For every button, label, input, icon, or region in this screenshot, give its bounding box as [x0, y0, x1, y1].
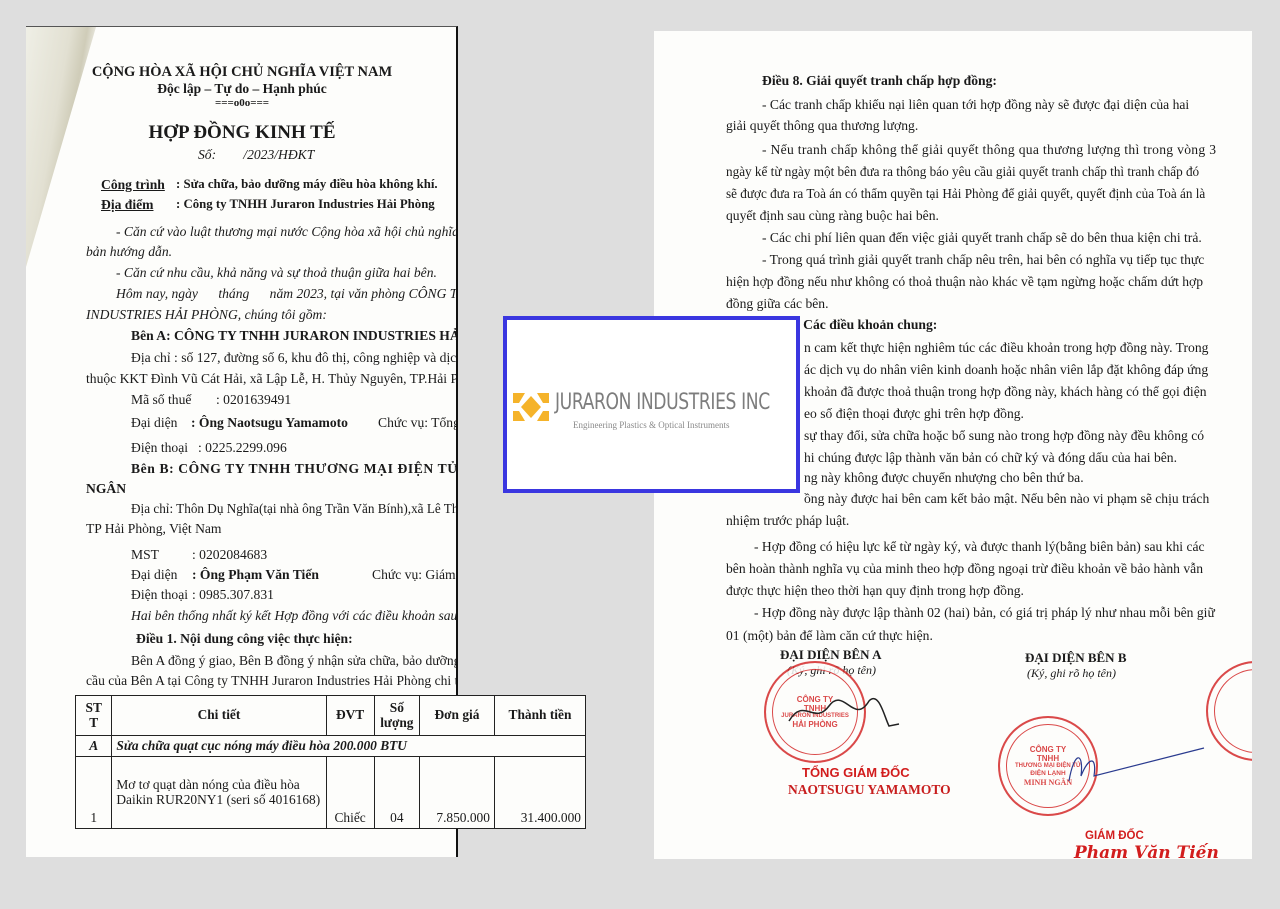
juraron-logo-icon [511, 387, 551, 427]
party-b-heading: Bên B: CÔNG TY TNHH THƯƠNG MẠI ĐIỆN TỬ Đ… [131, 462, 458, 476]
party-a-rep-value: : Ông Naotsugu Yamamoto [191, 416, 348, 430]
party-b-address-cont: TP Hải Phòng, Việt Nam [86, 522, 222, 536]
party-b-tax-value: : 0202084683 [192, 548, 267, 562]
party-b-phone-label: Điện thoại [131, 588, 188, 602]
stamp-fragment-right [1206, 661, 1252, 761]
a9-line-4: eo số điện thoại được ghi trên hợp đồng. [804, 407, 1024, 421]
a8-p1-cont: giải quyết thông qua thương lượng. [726, 119, 918, 133]
row-stt: 1 [76, 757, 112, 829]
party-a-address: Địa chỉ : số 127, đường số 6, khu đô thị… [131, 351, 458, 365]
sign-a-title: TỔNG GIÁM ĐỐC [802, 766, 910, 779]
signature-b-icon [1059, 746, 1209, 796]
logo-tagline: Engineering Plastics & Optical Instrumen… [573, 420, 729, 430]
sign-a-name: NAOTSUGU YAMAMOTO [788, 783, 951, 797]
a8-p3: - Các chi phí liên quan đến việc giải qu… [762, 231, 1202, 245]
sign-b-title: GIÁM ĐỐC [1085, 831, 1144, 843]
party-b-rep-value: : Ông Phạm Văn Tiến [192, 568, 319, 582]
row-detail: Mơ tơ quạt dàn nóng của điều hòa Daikin … [112, 757, 326, 829]
party-a-heading: Bên A: CÔNG TY TNHH JURARON INDUSTRIES H… [131, 329, 458, 343]
a9-p3-l2: 01 (một) bản để làm căn cứ thực hiện. [726, 629, 933, 643]
party-b-heading-cont: NGÂN [86, 482, 126, 496]
a9-line-6: hi chúng được lập thành văn bản có chữ k… [804, 451, 1177, 465]
a9-p2-l2: bên hoàn thành nghĩa vụ của minh theo hợ… [726, 562, 1203, 576]
agreement-statement: Hai bên thống nhất ký kết Hợp đồng với c… [131, 609, 458, 623]
a9-p2: - Hợp đồng có hiệu lực kể từ ngày ký, và… [754, 540, 1205, 554]
signature-a-icon [784, 686, 904, 736]
party-a-phone-label: Điện thoại [131, 441, 188, 455]
col-unit: ĐVT [326, 696, 374, 736]
a8-p4-l3: đồng giữa các bên. [726, 297, 828, 311]
col-price: Đơn giá [420, 696, 495, 736]
col-total: Thành tiền [494, 696, 585, 736]
a8-p4: - Trong quá trình giải quyết tranh chấp … [762, 253, 1204, 267]
basis-2: - Căn cứ nhu cầu, khả năng và sự thoả th… [116, 266, 437, 280]
national-title: CỘNG HÒA XÃ HỘI CHỦ NGHĨA VIỆT NAM [26, 65, 458, 80]
row-unit: Chiếc [326, 757, 374, 829]
party-a-address-cont: thuộc KKT Đình Vũ Cát Hải, xã Lập Lễ, H.… [86, 372, 458, 386]
a9-line-9: nhiệm trước pháp luật. [726, 514, 849, 528]
contract-title: HỢP ĐỒNG KINH TẾ [26, 123, 458, 142]
article-1-title: Điều 1. Nội dung công việc thực hiện: [136, 632, 353, 646]
party-b-rep-label: Đại diện [131, 568, 177, 582]
col-qty: Số lượng [374, 696, 419, 736]
project-value: : Sửa chữa, bảo dưỡng máy điều hòa không… [176, 178, 438, 191]
logo-company-name: JURARON INDUSTRIES INC [555, 390, 770, 415]
a9-p3: - Hợp đồng này được lập thành 02 (hai) b… [754, 606, 1215, 620]
a8-p2-l2: ngày kể từ ngày một bên đưa ra thông báo… [726, 165, 1199, 178]
party-b-position: Chức vụ: Giám Đốc [372, 568, 458, 582]
a9-line-3: khoản đã được thoả thuận trong hợp đồng … [804, 385, 1207, 399]
a8-p2-l3: sẽ được đưa ra Toà án có thẩm quyền tại … [726, 187, 1205, 200]
table-row: 1 Mơ tơ quạt dàn nóng của điều hòa Daiki… [76, 757, 586, 829]
basis-1-cont: bản hướng dẫn. [86, 245, 172, 259]
table-header-row: ST T Chi tiết ĐVT Số lượng Đơn giá Thành… [76, 696, 586, 736]
location-label: Địa điểm [101, 198, 153, 212]
party-b-phone-value: : 0985.307.831 [192, 588, 274, 602]
a8-p1: - Các tranh chấp khiếu nại liên quan tới… [762, 98, 1189, 112]
party-b-address: Địa chỉ: Thôn Dụ Nghĩa(tại nhà ông Trần … [131, 502, 458, 515]
sign-b-name: Phạm Văn Tiến [1074, 845, 1219, 859]
project-label: Công trình [101, 178, 165, 192]
a9-line-2: ác dịch vụ do nhân viên kinh doanh hoặc … [804, 363, 1208, 377]
today-statement-cont: INDUSTRIES HẢI PHÒNG, chúng tôi gồm: [86, 308, 327, 322]
location-value: : Công ty TNHH Juraron Industries Hải Ph… [176, 198, 435, 211]
a9-line-1: n cam kết thực hiện nghiêm túc các điều … [804, 341, 1208, 355]
a8-p2: - Nếu tranh chấp không thể giải quyết th… [762, 143, 1216, 157]
a9-p2-l3: được thực hiện theo thời hạn quy định tr… [726, 584, 1024, 598]
table-section-row: A Sửa chữa quạt cục nóng máy điều hòa 20… [76, 736, 586, 757]
a9-line-5: sự thay đổi, sửa chữa hoặc bổ sung nào t… [804, 429, 1204, 443]
party-b-tax-label: MST [131, 548, 159, 562]
a8-p2-l4: quyết định sau cùng ràng buộc hai bên. [726, 209, 939, 223]
col-stt: ST T [76, 696, 112, 736]
work-items-table: ST T Chi tiết ĐVT Số lượng Đơn giá Thành… [75, 695, 586, 829]
page-fold-shadow [26, 27, 96, 267]
a8-p4-l2: hiện hợp đồng nếu như không có thoả thuậ… [726, 275, 1203, 289]
sign-b-note: (Ký, ghi rõ họ tên) [1027, 667, 1116, 679]
a9-line-7: ng này không được chuyển nhượng cho bên … [804, 471, 1084, 485]
col-detail: Chi tiết [112, 696, 326, 736]
row-price: 7.850.000 [420, 757, 495, 829]
party-a-tax-label: Mã số thuế [131, 393, 191, 407]
party-a-position: Chức vụ: Tổng Giám [378, 416, 458, 430]
party-a-phone-value: : 0225.2299.096 [198, 441, 287, 455]
basis-1: - Căn cứ vào luật thương mại nước Cộng h… [116, 225, 458, 239]
section-code: A [76, 736, 112, 757]
sign-b-heading: ĐẠI DIỆN BÊN B [1025, 651, 1127, 664]
article-8-title: Điều 8. Giải quyết tranh chấp hợp đồng: [762, 74, 997, 88]
article-1-body: Bên A đồng ý giao, Bên B đồng ý nhận sửa… [131, 654, 458, 668]
article-1-body-cont: cầu của Bên A tại Công ty TNHH Juraron I… [86, 674, 458, 688]
row-qty: 04 [374, 757, 419, 829]
row-total: 31.400.000 [494, 757, 585, 829]
ornament: ===o0o=== [26, 98, 458, 109]
section-title: Sửa chữa quạt cục nóng máy điều hòa 200.… [112, 736, 586, 757]
contract-number: Số: /2023/HĐKT [198, 148, 314, 162]
national-motto: Độc lập – Tự do – Hạnh phúc [26, 82, 458, 96]
party-a-rep-label: Đại diện [131, 416, 177, 430]
a9-line-8: ồng này được hai bên cam kết bảo mật. Nế… [804, 492, 1209, 506]
sign-a-heading: ĐẠI DIỆN BÊN A [780, 648, 882, 661]
party-a-tax-value: : 0201639491 [216, 393, 291, 407]
company-logo-overlay: JURARON INDUSTRIES INC Engineering Plast… [503, 316, 800, 493]
today-statement: Hôm nay, ngày tháng năm 2023, tại văn ph… [116, 287, 458, 301]
